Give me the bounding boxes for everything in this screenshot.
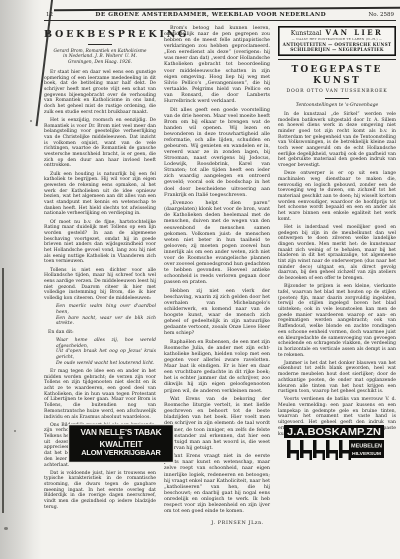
van-nelle-advertisement: VAN NELLE'S TABAK IS KWALITEIT ALOM VERK… [68,424,174,463]
paragraph: Jammer is het dat het donker blauwen van… [278,361,396,395]
boskamp-logo-graphic: J.A.BOSKAMP.ZN MEUBELEN HILVERSUM [283,424,385,466]
verse-line: De oude wereld wacht het louterend licht… [56,361,156,367]
applied-art-body: In de kunstzaal „de Sirkel” werden vele … [278,112,396,437]
van-lier-wares-2: SCHILDERIJEN — NEGERPLASTIEK [281,47,393,52]
paragraph: Er mag tegen de idee een en ander in het… [44,369,156,420]
verse-line: Waar heme alles zij, hoe wereld afgesche… [56,338,156,349]
boskamp-product-text: MEUBELEN [351,444,382,450]
paragraph: Het is inderdaad veel moeilijker goed en… [278,225,396,282]
paragraph: Hebben zij niet een vlerk der beschaving… [164,289,270,338]
author-signature: J. PRINSEN JLzn. [164,520,264,526]
boskamp-name-text: J.A.BOSKAMP.ZN [287,427,381,438]
divider-rule [325,98,349,99]
page-top-border [54,7,400,11]
newspaper-page: 12 DE GROENE AMSTERDAMMER, WEEKBLAD VOOR… [44,12,396,526]
verse-quote-1: Een maerlic walm hing over d'aardbol hee… [56,304,156,327]
verse-interjection: En dan dit: [48,330,156,336]
paragraph: Bijzonder te prijzen is een kleine, vier… [278,284,396,358]
verse-quote-2: Waar heme alles zij, hoe wereld afgesche… [56,338,156,367]
paragraph: Of moet nu b.v. de fijne, hartstochtelij… [44,220,156,266]
verse-line: Uit d'open braak het oog op Jezus' kruis… [56,349,156,360]
book-review-body-3: Brom's betoog had kunnen leeren, onmidde… [164,26,270,515]
paragraph: Tollens is niet een dichter voor alle Ho… [44,268,156,302]
paragraph: Wat Erens van de bekoring der Roomsche l… [164,397,270,452]
paragraph: Er staat hier en daar wel eens een gunst… [44,70,156,116]
van-lier-prefix: Kunstzaal [291,30,322,37]
van-nelle-line-1: VAN NELLE'S TABAK [70,427,172,437]
paragraph: In de kunstzaal „de Sirkel” werden vele … [278,112,396,169]
applied-art-byline: DOOR OTTO VAN TUSSENBROEK [278,89,396,95]
book-review-body-1: Er staat hier en daar wel eens een gunst… [44,70,156,302]
paragraph: Deze ontwerper is er op uit een lange ma… [278,171,396,222]
masthead-title: DE GROENE AMSTERDAMMER, WEEKBLAD VOOR NE… [53,12,368,18]
divider-rule [278,59,396,60]
boskamp-advertisement: J.A.BOSKAMP.ZN MEUBELEN HILVERSUM [283,424,385,466]
scan-speck [4,527,8,530]
newspaper-scan: 12 DE GROENE AMSTERDAMMER, WEEKBLAD VOOR… [0,0,400,559]
van-lier-advertisement: Kunstzaal VAN LIER — NAAST HET POSTKANTO… [278,26,396,56]
issue-number: No. 2589 [368,12,394,18]
paragraph: Dit alles geeft een goede voorstelling v… [164,108,270,199]
scan-left-edge [0,0,42,559]
boskamp-city-text: HILVERSUM [352,451,381,456]
applied-art-heading: TOEGEPASTE KUNST [278,65,396,87]
column-book-review-continued: Brom's betoog had kunnen leeren, onmidde… [164,26,270,526]
chair-icons [287,440,351,460]
van-lier-name: VAN LIER [325,28,383,37]
scan-artifact-line [2,268,4,513]
scan-speck [14,430,16,432]
paragraph: Het is eenzijdig, roomsch en eenzijdig. … [44,118,156,169]
applied-art-subtitle: Tentoonstellingen te 's-Gravenhage [278,103,396,109]
paragraph: „Evenzoo helpt dien paren” (daargelaten)… [164,201,270,286]
divider-rule [88,44,112,45]
paragraph: Zulk een houding is natuurlijk bij een f… [44,172,156,218]
masthead: 12 DE GROENE AMSTERDAMMER, WEEKBLAD VOOR… [44,12,396,21]
book-review-heading: BOEKBESPREKING [44,29,156,41]
verse-line: Een maerlic walm hing over d'aardbol hee… [56,304,156,315]
paragraph: Brom's betoog had kunnen leeren, onmidde… [164,26,270,105]
book-review-byline: Gerard Brom, Romantiek en Katholicisme i… [52,49,148,66]
paragraph: Dat is voldoende juist, hier is trouwens… [44,471,156,511]
van-nelle-line-4: ALOM VERKRIJGBAAR [70,449,173,458]
paragraph: Raphaëlen en Rubensen, de een met zijn R… [164,340,270,395]
paragraph: Want Erens vraagt niet in de eerste plaa… [164,454,270,515]
scan-speck [30,120,32,122]
page-number: 12 [46,12,53,18]
verse-line: Een bare nacht, waar ver de blik zich st… [56,316,156,327]
